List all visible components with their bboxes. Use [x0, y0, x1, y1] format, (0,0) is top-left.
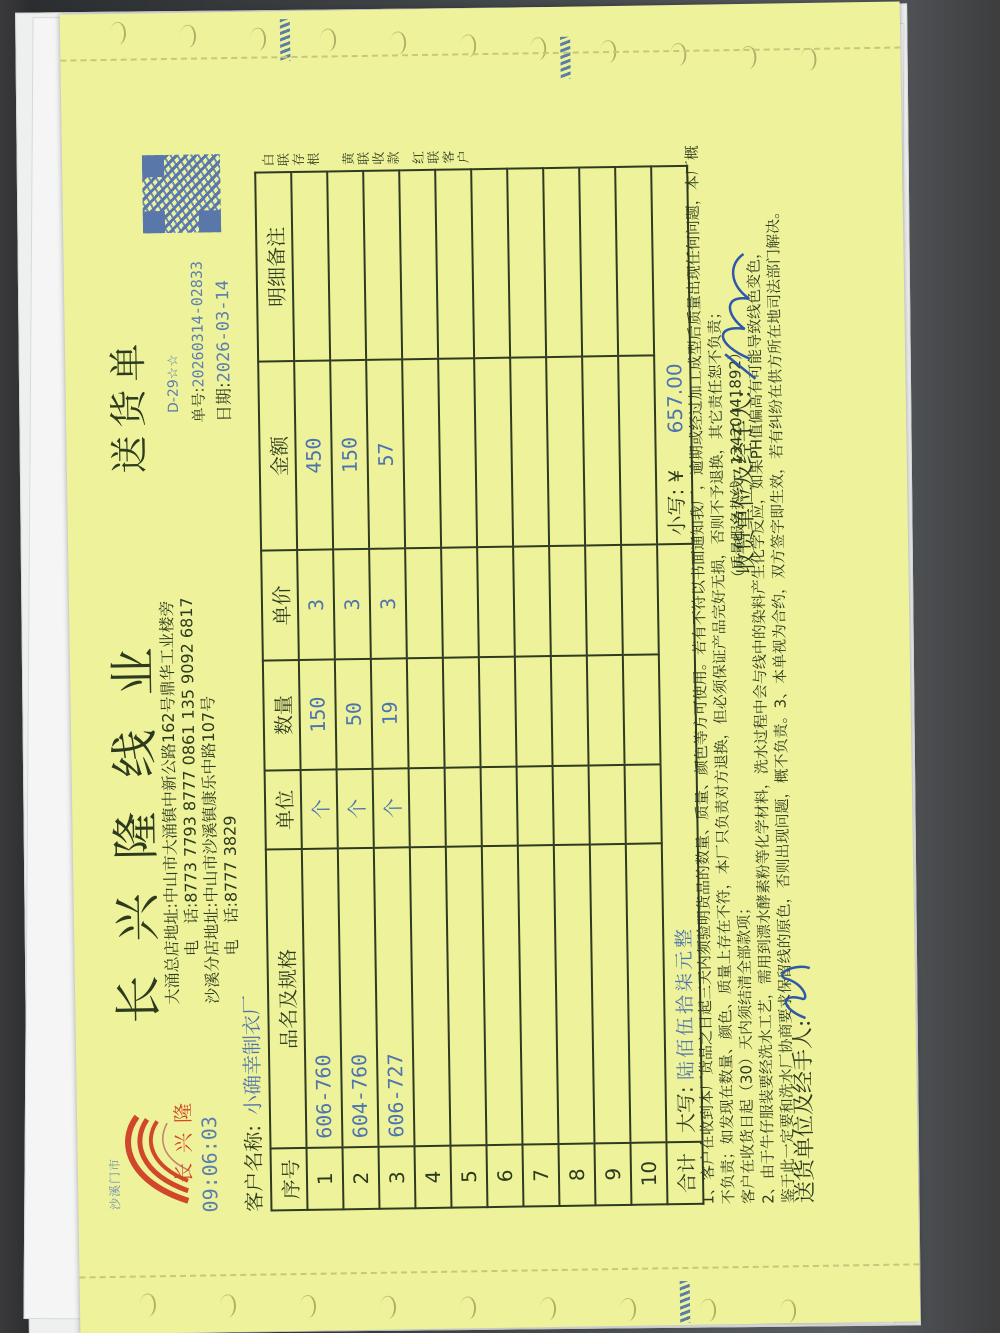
delivery-note-paper: 沙溪门市 长兴隆 09:06:03 长兴隆线业 送货单 大涌总店地址:中山市大涌…	[60, 1, 921, 1333]
header-amount: 金额	[258, 361, 297, 551]
document-date: 日期:2026-03-14	[208, 280, 235, 422]
header-name: 品名及规格	[266, 849, 307, 1148]
delivery-note-form: 沙溪门市 长兴隆 09:06:03 长兴隆线业 送货单 大涌总店地址:中山市大涌…	[81, 92, 878, 1224]
perforation-line	[60, 46, 900, 61]
logo-brand: 长兴隆	[167, 1093, 197, 1183]
copy-label-yellow: 黄联收款	[342, 144, 402, 165]
header-unit: 单位	[265, 770, 302, 850]
header-note: 明细备注	[255, 172, 294, 362]
copy-label-red: 红联客户	[412, 143, 472, 164]
receiver-signature-icon	[703, 224, 766, 385]
header-qty: 数量	[263, 660, 301, 770]
branch-store-phone: 电 话:8777 3829	[220, 815, 243, 1022]
document-number: 单号:20260314-02833	[186, 261, 210, 423]
qr-code-icon	[142, 154, 221, 233]
sender-signature-label: 送货单位及经手人:	[786, 1019, 820, 1203]
header-price: 单价	[261, 550, 299, 660]
sender-signature-icon	[775, 953, 816, 1024]
header-no: 序号	[271, 1148, 308, 1210]
branch-store-address: 沙溪分店地址:中山市沙溪镇康乐中路107号	[198, 696, 223, 1023]
code-mark: D-29☆☆	[165, 354, 182, 413]
copy-label-white: 白联存根	[262, 146, 322, 167]
customer-name: 客户名称:小确幸制衣厂	[235, 995, 267, 1212]
document-title: 送货单	[97, 335, 154, 474]
perforation-line	[80, 1263, 920, 1278]
receiver-signature-label: 收货单位及经手人:	[726, 390, 760, 574]
print-time: 09:06:03	[197, 1116, 223, 1213]
items-table: 序号 品名及规格 单位 数量 单价 金额 明细备注 1606-760个15034…	[254, 165, 704, 1212]
